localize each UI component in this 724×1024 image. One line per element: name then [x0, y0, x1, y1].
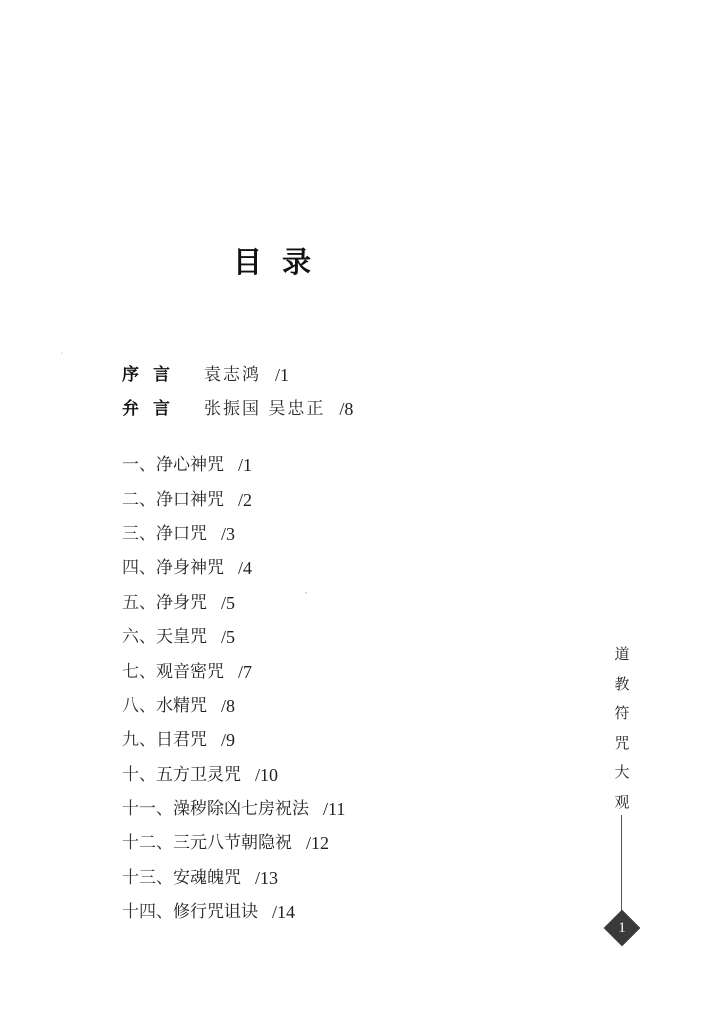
toc-entry-title: 水精咒 — [156, 693, 207, 719]
toc-entry[interactable]: 三、净口咒/3 — [122, 517, 345, 551]
preface-page-number: /8 — [339, 396, 353, 422]
toc-separator: 、 — [139, 555, 156, 581]
toc-separator: 、 — [156, 796, 173, 822]
toc-entry-title: 净口神咒 — [156, 487, 224, 513]
book-title-char: 观 — [611, 789, 633, 819]
toc-entry[interactable]: 五、净身咒/5 — [122, 586, 345, 620]
toc-entry-number: 五 — [122, 590, 139, 616]
toc-separator: 、 — [156, 865, 173, 891]
toc-separator: 、 — [139, 693, 156, 719]
toc-entry-number: 十二 — [122, 830, 156, 856]
preface-page-number: /1 — [275, 362, 289, 388]
toc-entry-page: /9 — [221, 727, 235, 753]
toc-entry[interactable]: 十四、修行咒诅诀/14 — [122, 895, 345, 929]
toc-entry[interactable]: 八、水精咒/8 — [122, 689, 345, 723]
toc-entry-page: /5 — [221, 624, 235, 650]
toc-entry-page: /13 — [255, 865, 278, 891]
toc-entry-number: 七 — [122, 659, 139, 685]
book-title-char: 符 — [611, 700, 633, 730]
book-title-char: 大 — [611, 759, 633, 789]
scan-speck — [61, 352, 63, 354]
preface-author: 袁志鸿 — [204, 362, 261, 388]
toc-entry[interactable]: 二、净口神咒/2 — [122, 482, 345, 516]
toc-entry-page: /11 — [323, 796, 345, 822]
toc-entry[interactable]: 十二、三元八节朝隐祝/12 — [122, 826, 345, 860]
toc-entry-title: 净身咒 — [156, 590, 207, 616]
toc-separator: 、 — [139, 727, 156, 753]
toc-entry[interactable]: 七、观音密咒/7 — [122, 654, 345, 688]
toc-entry[interactable]: 十一、澡秽除凶七房祝法/11 — [122, 792, 345, 826]
toc-entry-page: /12 — [306, 830, 329, 856]
preface-list: 序言 袁志鸿 /1 弁言 张振国 吴忠正 /8 — [122, 358, 353, 426]
toc-entry-title: 修行咒诅诀 — [173, 899, 258, 925]
preface-entry[interactable]: 弁言 张振国 吴忠正 /8 — [122, 392, 353, 426]
toc-separator: 、 — [139, 487, 156, 513]
toc-entry-title: 三元八节朝隐祝 — [173, 830, 292, 856]
toc-separator: 、 — [139, 659, 156, 685]
page-title-char: 目 — [233, 245, 282, 279]
toc-entry-title: 澡秽除凶七房祝法 — [173, 796, 309, 822]
table-of-contents: 一、净心神咒/1 二、净口神咒/2 三、净口咒/3 四、净身神咒/4 五、净身咒… — [122, 448, 345, 929]
toc-entry[interactable]: 四、净身神咒/4 — [122, 551, 345, 585]
toc-entry-number: 十四 — [122, 899, 156, 925]
toc-separator: 、 — [139, 590, 156, 616]
toc-entry-page: /1 — [238, 452, 252, 478]
toc-entry-number: 十三 — [122, 865, 156, 891]
toc-separator: 、 — [156, 899, 173, 925]
toc-entry-title: 五方卫灵咒 — [156, 762, 241, 788]
toc-entry-title: 日君咒 — [156, 727, 207, 753]
preface-label: 序言 — [122, 362, 204, 388]
book-title-char: 道 — [611, 641, 633, 671]
book-title-char: 教 — [611, 671, 633, 701]
preface-author: 张振国 吴忠正 — [204, 396, 325, 422]
toc-entry-number: 四 — [122, 555, 139, 581]
toc-entry-page: /4 — [238, 555, 252, 581]
toc-entry-page: /3 — [221, 521, 235, 547]
toc-entry[interactable]: 十三、安魂魄咒/13 — [122, 861, 345, 895]
page-title-char: 录 — [282, 245, 331, 279]
toc-entry-title: 净心神咒 — [156, 452, 224, 478]
toc-entry-number: 十一 — [122, 796, 156, 822]
toc-entry[interactable]: 十、五方卫灵咒/10 — [122, 758, 345, 792]
book-title-char: 咒 — [611, 730, 633, 760]
toc-entry-page: /8 — [221, 693, 235, 719]
toc-separator: 、 — [156, 830, 173, 856]
toc-entry-title: 净身神咒 — [156, 555, 224, 581]
toc-entry[interactable]: 九、日君咒/9 — [122, 723, 345, 757]
scan-speck — [305, 592, 307, 594]
toc-entry-page: /7 — [238, 659, 252, 685]
toc-separator: 、 — [139, 452, 156, 478]
toc-entry-page: /10 — [255, 762, 278, 788]
preface-entry[interactable]: 序言 袁志鸿 /1 — [122, 358, 353, 392]
toc-entry-page: /5 — [221, 590, 235, 616]
toc-entry-number: 八 — [122, 693, 139, 719]
toc-entry-title: 净口咒 — [156, 521, 207, 547]
toc-entry-title: 观音密咒 — [156, 659, 224, 685]
page-title: 目录 — [233, 242, 331, 282]
toc-entry-title: 天皇咒 — [156, 624, 207, 650]
toc-entry-number: 十 — [122, 762, 139, 788]
toc-entry-number: 三 — [122, 521, 139, 547]
vertical-divider — [621, 815, 622, 915]
toc-entry-page: /14 — [272, 899, 295, 925]
page-number: 1 — [609, 915, 635, 941]
toc-entry-number: 一 — [122, 452, 139, 478]
toc-separator: 、 — [139, 624, 156, 650]
running-book-title: 道 教 符 咒 大 观 — [611, 641, 633, 818]
toc-entry-title: 安魂魄咒 — [173, 865, 241, 891]
toc-entry-page: /2 — [238, 487, 252, 513]
toc-entry-number: 六 — [122, 624, 139, 650]
toc-entry[interactable]: 六、天皇咒/5 — [122, 620, 345, 654]
toc-entry[interactable]: 一、净心神咒/1 — [122, 448, 345, 482]
preface-label: 弁言 — [122, 396, 204, 422]
toc-entry-number: 九 — [122, 727, 139, 753]
toc-entry-number: 二 — [122, 487, 139, 513]
toc-separator: 、 — [139, 521, 156, 547]
toc-separator: 、 — [139, 762, 156, 788]
